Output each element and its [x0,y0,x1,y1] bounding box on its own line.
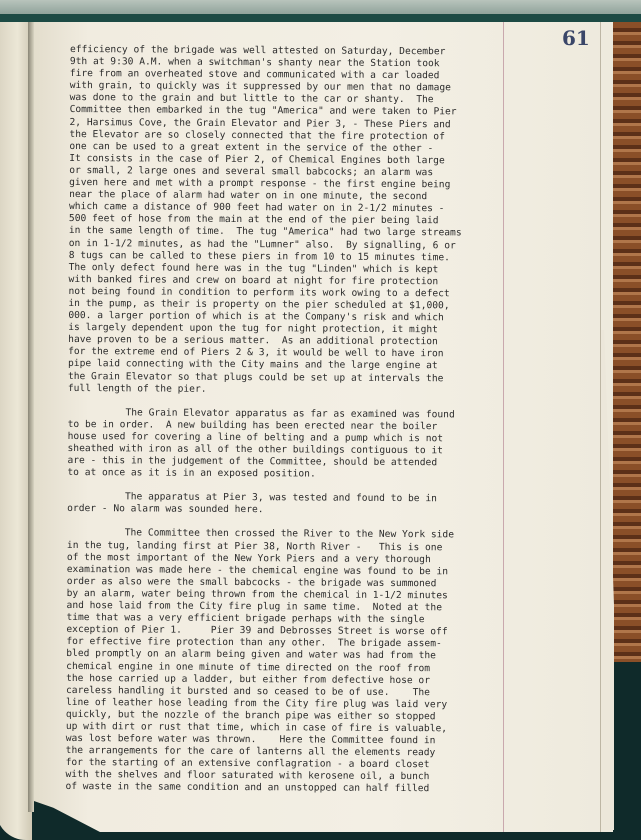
paragraph: The Committee then crossed the River to … [65,527,507,796]
page-number: 61 [562,26,590,50]
typed-body-text: efficiency of the brigade was well attes… [65,44,510,796]
page-edge-rule [600,22,601,832]
paragraph: efficiency of the brigade was well attes… [68,44,510,397]
paragraph: The Grain Elevator apparatus as far as e… [67,407,507,482]
paragraph: The apparatus at Pier 3, was tested and … [67,491,507,518]
gutter-shadow [28,22,34,812]
